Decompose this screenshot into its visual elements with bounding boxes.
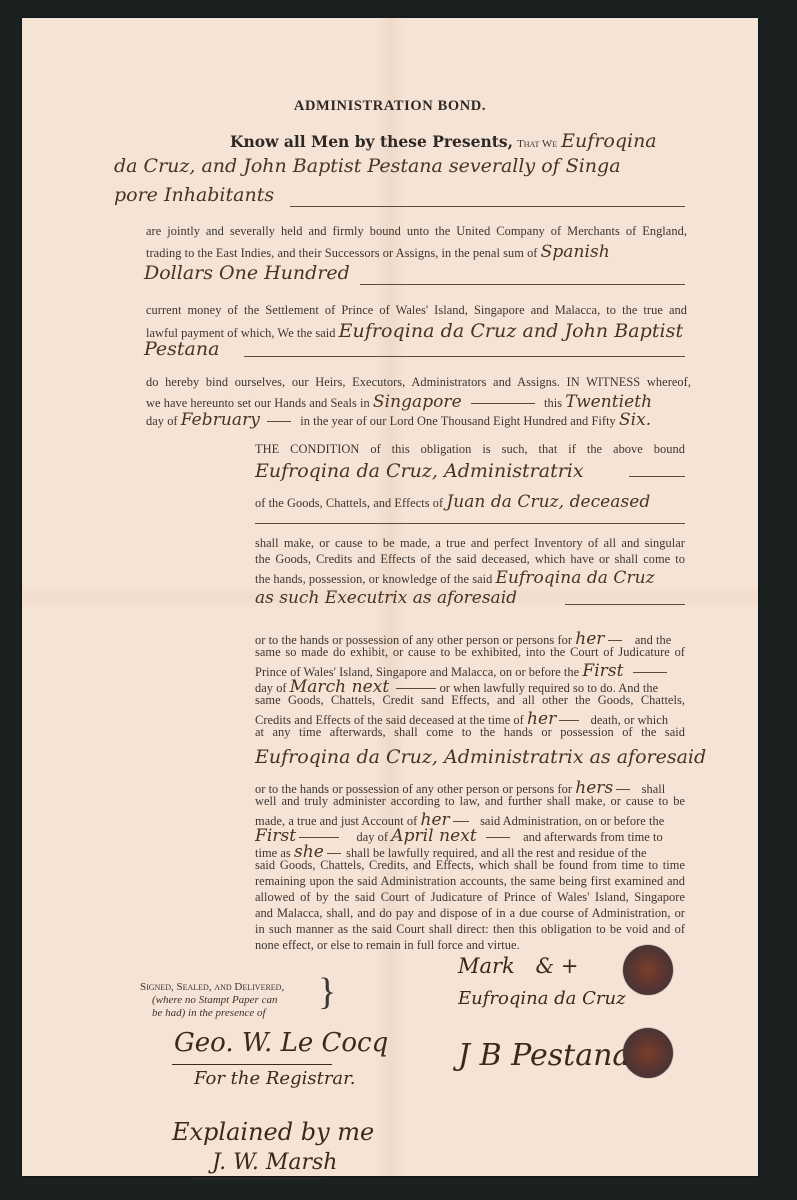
fill-rule — [559, 720, 579, 721]
fill-rule — [616, 789, 630, 790]
bound-line-2: trading to the East Indies, and their Su… — [146, 242, 610, 262]
fill-rule — [327, 853, 341, 854]
attestation-line-2: (where no Stampt Paper can — [140, 994, 284, 1007]
fill-rule — [396, 688, 436, 689]
witness-line-2b: this — [544, 396, 562, 410]
executrix-hand: as such Executrix as aforesaid — [255, 588, 517, 608]
administer-line-10: in such manner as the said Court shall d… — [255, 922, 685, 937]
attestation-clause: Signed, Sealed, and Delivered, (where no… — [140, 981, 284, 1020]
bond-document-page: ADMINISTRATION BOND. Know all Men by the… — [22, 18, 758, 1176]
exhibit-line-2: same so made do exhibit, or cause to be … — [255, 645, 685, 660]
fill-rule — [267, 421, 291, 422]
fill-rule — [299, 837, 339, 838]
witness-line-3: day of February in the year of our Lord … — [146, 410, 651, 430]
obligors-hand: Eufroqina da Cruz and John Baptist — [339, 320, 684, 342]
that-we-label: That We — [517, 138, 557, 150]
mark-label: Mark — [458, 954, 515, 978]
bound-line-1: are jointly and severally held and firml… — [146, 224, 687, 239]
inventory-line-3: the hands, possession, or knowledge of t… — [255, 568, 655, 588]
attestation-brace: } — [318, 970, 336, 1014]
administer-line-9: and Malacca, shall, and do pay and dispo… — [255, 906, 685, 921]
place-hand: Singapore — [373, 392, 462, 412]
fill-rule — [290, 206, 685, 207]
mark-signature: Mark & + — [458, 954, 578, 978]
administer-line-8: allowed of by the said Court of Judicatu… — [255, 890, 685, 905]
fill-rule — [453, 821, 469, 822]
explainer-signature: J. W. Marsh — [212, 1150, 337, 1175]
administer-line-2: well and truly administer according to l… — [255, 794, 685, 809]
attestation-line-3: be had) in the presence of — [140, 1007, 284, 1020]
signer-1-name: Eufroqina da Cruz — [458, 988, 626, 1009]
witness-line-2a: we have hereunto set our Hands and Seals… — [146, 396, 370, 410]
executrix-name-hand: Eufroqina da Cruz — [496, 568, 655, 588]
inventory-line-3-text: the hands, possession, or knowledge of t… — [255, 572, 492, 586]
exhibit-line-5: same Goods, Chattels, Credit sand Effect… — [255, 693, 685, 708]
opening-line-1: Know all Men by these Presents, That We … — [230, 130, 657, 152]
fill-rule — [565, 604, 685, 605]
inventory-line-1: shall make, or cause to be made, a true … — [255, 536, 685, 551]
deceased-hand: Juan da Cruz, deceased — [446, 492, 650, 512]
money-line-2: lawful payment of which, We the said Euf… — [146, 320, 683, 342]
fill-rule — [486, 837, 510, 838]
fill-rule — [244, 356, 685, 357]
inventory-line-2: the Goods, Credits and Effects of the sa… — [255, 552, 685, 567]
signer-2-signature: J B Pestana — [458, 1038, 630, 1073]
month-hand: February — [181, 410, 260, 430]
party-name-hand: Eufroqina — [561, 130, 656, 152]
condition-line-2: of the Goods, Chattels, and Effects of J… — [255, 492, 650, 512]
exhibit-line-7: at any time afterwards, shall come to th… — [255, 725, 685, 740]
explained-note: Explained by me — [172, 1118, 374, 1146]
wax-seal-1 — [623, 945, 673, 995]
opening-heading: Know all Men by these Presents, — [230, 132, 513, 151]
administratrix-hand: Eufroqina da Cruz, Administratrix — [255, 460, 584, 482]
condition-line-1: THE CONDITION of this obligation is such… — [255, 442, 685, 457]
witness-line-3a: day of — [146, 414, 178, 428]
fill-rule — [255, 523, 685, 524]
signature-underline — [192, 1178, 322, 1179]
witness-signature: Geo. W. Le Cocq — [174, 1028, 388, 1058]
administer-line-7: remaining upon the said Administration a… — [255, 874, 685, 889]
fill-rule — [360, 284, 685, 285]
witness-line-2: we have hereunto set our Hands and Seals… — [146, 392, 652, 412]
administer-line-6: said Goods, Chattels, Credits, and Effec… — [255, 858, 685, 873]
parties-hand-line-2: da Cruz, and John Baptist Pestana severa… — [114, 155, 621, 177]
parties-hand-line-3: pore Inhabitants — [114, 184, 274, 206]
bound-line-2-text: trading to the East Indies, and their Su… — [146, 246, 537, 260]
day-hand: Twentieth — [565, 392, 652, 412]
witness-line-3b: in the year of our Lord One Thousand Eig… — [300, 414, 616, 428]
fill-rule — [471, 403, 535, 404]
witness-line-1: do hereby bind ourselves, our Heirs, Exe… — [146, 375, 691, 390]
year-hand: Six. — [619, 410, 651, 430]
money-line-1: current money of the Settlement of Princ… — [146, 303, 687, 318]
witness-role: For the Registrar. — [194, 1068, 356, 1089]
fill-rule — [629, 476, 685, 477]
administratrix-aforesaid-hand: Eufroqina da Cruz, Administratrix as afo… — [255, 746, 706, 768]
sum-currency-hand: Spanish — [541, 242, 610, 262]
fill-rule — [608, 640, 622, 641]
obligors-hand-2: Pestana — [144, 338, 219, 360]
document-title: ADMINISTRATION BOND. — [22, 98, 758, 115]
wax-seal-2 — [623, 1028, 673, 1078]
fill-rule — [633, 672, 667, 673]
sum-amount-hand: Dollars One Hundred — [144, 262, 350, 284]
signature-underline — [172, 1064, 332, 1065]
mark-symbol: & + — [535, 954, 578, 978]
attestation-line-1: Signed, Sealed, and Delivered, — [140, 981, 284, 994]
administer-line-11: none effect, or else to remain in full f… — [255, 938, 520, 953]
condition-line-2-text: of the Goods, Chattels, and Effects of — [255, 496, 443, 510]
